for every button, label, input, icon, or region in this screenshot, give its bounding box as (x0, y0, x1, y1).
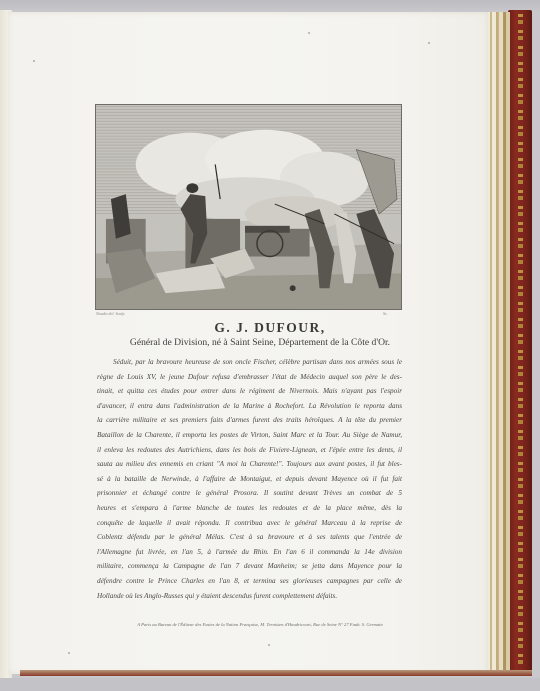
publisher-imprint: A Paris au Bureau de l'Éditeur des Faste… (0, 622, 520, 627)
biography-line: Bataillon de la Charente, il emporta les… (97, 428, 402, 443)
biography-line: défendre contre le Prince Charles en l'a… (97, 574, 402, 589)
biography-line: l'Allemagne fut livrée, en l'an 5, à l'a… (97, 545, 402, 560)
biography-line: sauta au milieu des ennemis en criant "A… (97, 457, 402, 472)
engraving-battle-scene (95, 104, 402, 310)
biography-line: d'avancer, il entra dans l'administratio… (97, 399, 402, 414)
biography-line: militaire, commença la Campagne de l'an … (97, 559, 402, 574)
biography-line: sé à la bataille de Nerwinde, à l'affair… (97, 472, 402, 487)
biography-line: Hollande où les Anglo-Russes qui y étaie… (97, 589, 402, 604)
biography-line: prisonnier et échangé contre le général … (97, 486, 402, 501)
biography-line: la carrière militaire et ses premiers fa… (97, 413, 402, 428)
biography-line: tinait, et quitta ces études pour entrer… (97, 384, 402, 399)
engraver-credit-right: Sc. (383, 311, 388, 316)
biography-line: il enleva les redoutes des Autrichiens, … (97, 443, 402, 458)
biography-text: Séduit, par la bravoure heureuse de son … (97, 355, 402, 603)
biography-line: Séduit, par la bravoure heureuse de son … (97, 355, 402, 370)
biography-line: conquête de laquelle il avait répondu. I… (97, 516, 402, 531)
backdrop-top (0, 0, 540, 12)
book-bottom-edge (20, 670, 532, 676)
biography-line: règne de Louis XV, le jeune Dufour refus… (97, 370, 402, 385)
plate-subtitle: Général de Division, né à Saint Seine, D… (0, 337, 520, 348)
biography-line: Coblentz défendu par le général Mélas. C… (97, 530, 402, 545)
battle-scene-illustration (96, 105, 401, 309)
plate-title: G. J. DUFOUR, (0, 320, 540, 336)
engraver-credit-left: Naudet del. Sculp. (96, 311, 125, 316)
backdrop-bottom (0, 678, 540, 691)
biography-line: heures et s'empara à l'arme blanche de t… (97, 501, 402, 516)
